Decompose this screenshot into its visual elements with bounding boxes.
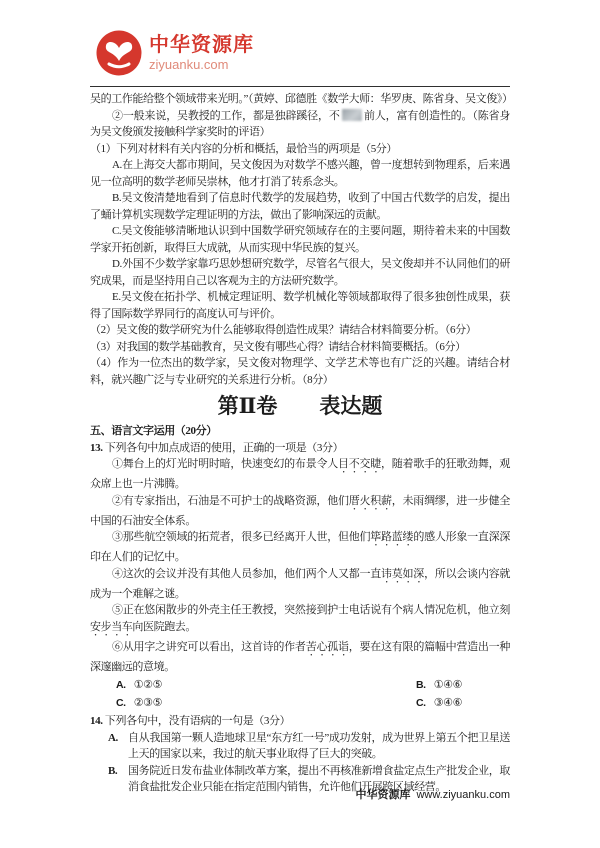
doc-line: A. 自从我国第一颗人造地球卫星“东方红一号”成功发射，成为世界上第五个把卫星送… [90,730,510,763]
emphasized-idiom: 讳莫如深 [381,568,424,580]
text-run: C.吴文俊能够清晰地认识到中国数学研究领域存在的主要问题，期待着未来的中国数学家… [90,225,510,254]
text-run: （4）作为一位杰出的数学家，吴文俊对物理学、文学艺术等也有广泛的兴趣。请结合材料… [90,357,510,386]
doc-line: ③那些航空领域的拓荒者，很多已经离开人世，但他们筚路蓝缕的感人形象一直深深印在人… [90,529,510,566]
doc-line: 五、语言文字运用（20分） [90,423,510,440]
text-run: B.吴文俊清楚地看到了信息时代数学的发展趋势，收到了中国古代数学的启发，提出了蛹… [90,192,510,221]
option-value: ①④⑥ [434,679,462,691]
doc-line: C.吴文俊能够清晰地认识到中国数学研究领域存在的主要问题，期待着未来的中国数学家… [90,223,510,256]
doc-line: 13. 下列各句中加点成语的使用，正确的一项是（3分） [90,440,510,457]
header-rule [90,86,510,87]
footer-brand: 中华资源库 [355,789,410,801]
document-body: 吴的工作能给整个领域带来光明。”（黄婷、邱德胜《数学大师：华罗庚、陈省身、吴文俊… [90,91,510,796]
blurred-word-image [342,109,362,121]
option-label: B. [416,679,426,691]
text-run: 下列各句中，没有语病的一句是（3分） [105,715,290,727]
text-run: 自从我国第一颗人造地球卫星“东方红一号”成功发射，成为世界上第五个把卫星送上天的… [128,732,510,761]
section-heading: 第Ⅱ卷 表达题 [90,391,510,421]
text-run: 下列各句中加点成语的使用，正确的一项是（3分） [105,442,343,454]
item-label: A. [108,730,118,747]
option-label: A. [116,679,126,691]
text-run: E.吴文俊在拓扑学、机械定理证明、数学机械化等领域都取得了很多独创性成果，获得了… [90,291,510,320]
footer-url: www.ziyuanku.com [416,789,510,801]
brand-domain: ziyuanku.com [149,58,254,71]
text-run: ②一般来说，吴教授的工作，都是独辟蹊径，不 [112,110,340,122]
emphasized-idiom: 安步当车 [90,621,132,633]
doc-line: ⑥从用字之讲究可以看出，这首诗的作者苦心孤诣，要在这有限的篇幅中营造出一种深邃幽… [90,639,510,676]
text-run: 第Ⅱ卷 表达题 [218,394,383,418]
text-run: ④这次的会议并没有其他人员参加，他们两个人又都一直 [112,568,381,580]
doc-line: E.吴文俊在拓扑学、机械定理证明、数学机械化等领域都取得了很多独创性成果，获得了… [90,289,510,322]
text-run: ⑥从用字之讲究可以看出，这首诗的作者 [112,641,306,653]
brand-name: 中华资源库 [149,35,254,55]
emphasized-idiom: 厝火积薪 [349,495,392,507]
doc-line: （2）吴文俊的数学研究为什么能够取得创造性成果？请结合材料简要分析。（6分） [90,322,510,339]
doc-line: A.在上海交大都市期间，吴文俊因为对数学不感兴趣，曾一度想转到物理系，后来遇见一… [90,157,510,190]
text-run: 吴的工作能给整个领域带来光明。”（黄婷、邱德胜《数学大师：华罗庚、陈省身、吴文俊… [90,93,513,105]
text-run: ⑤正在悠闲散步的外壳主任王教授，突然接到护士电话说有个病人情况危机，他立刻 [112,604,510,616]
doc-line: ⑤正在悠闲散步的外壳主任王教授，突然接到护士电话说有个病人情况危机，他立刻安步当… [90,602,510,639]
option-value: ②③⑤ [134,697,162,709]
text-run: ①舞台上的灯光时明时暗，快速变幻的布景令人 [112,458,338,470]
doc-line: B.吴文俊清楚地看到了信息时代数学的发展趋势，收到了中国古代数学的启发，提出了蛹… [90,190,510,223]
brand-logo: 中华资源库 ziyuanku.com [96,30,254,76]
option-label: C. [116,697,126,709]
text-run: D.外国不少数学家靠巧思妙想研究数学，尽管名气很大，吴文俊却并不认同他们的研究成… [90,258,510,287]
text-run: ③那些航空领域的拓荒者，很多已经离开人世，但他们 [112,531,370,543]
text-run: 向医院跑去。 [132,621,196,633]
option-item: B.①④⑥ [390,676,462,694]
emphasized-idiom: 筚路蓝缕 [370,531,413,543]
doc-line: （3）对我国的数学基础教育，吴文俊有哪些心得？请结合材料简要概括。（6分） [90,339,510,356]
text-run: （1）下列对材料有关内容的分析和概括，最恰当的两项是（5分） [90,143,397,155]
options-row: C.②③⑤C.③④⑥ [90,694,510,712]
doc-line: （4）作为一位杰出的数学家，吴文俊对物理学、文学艺术等也有广泛的兴趣。请结合材料… [90,355,510,388]
item-label: 13. [90,442,105,454]
doc-line: ②有专家指出，石油是不可护士的战略资源，他们厝火积薪，未雨绸缪，进一步健全中国的… [90,493,510,530]
options-grid: A.①②⑤B.①④⑥C.②③⑤C.③④⑥ [90,676,510,712]
doc-line: 吴的工作能给整个领域带来光明。”（黄婷、邱德胜《数学大师：华罗庚、陈省身、吴文俊… [90,91,510,108]
emphasized-idiom: 苦心孤诣 [306,641,349,653]
emphasized-idiom: 目不交睫 [338,458,381,470]
doc-line: 14. 下列各句中，没有语病的一句是（3分） [90,713,510,730]
item-label: B. [108,763,117,780]
document-page: 中华资源库 ziyuanku.com 吴的工作能给整个领域带来光明。”（黄婷、邱… [0,0,600,848]
doc-line: ④这次的会议并没有其他人员参加，他们两个人又都一直讳莫如深，所以会谈内容就成为一… [90,566,510,603]
option-label: C. [416,697,426,709]
options-row: A.①②⑤B.①④⑥ [90,676,510,694]
brand-text-block: 中华资源库 ziyuanku.com [149,35,254,71]
option-item: A.①②⑤ [90,676,390,694]
option-item: C.②③⑤ [90,694,390,712]
text-run: ②有专家指出，石油是不可护士的战略资源，他们 [112,495,349,507]
doc-line: D.外国不少数学家靠巧思妙想研究数学，尽管名气很大，吴文俊却并不认同他们的研究成… [90,256,510,289]
option-item: C.③④⑥ [390,694,462,712]
butterfly-icon [96,30,142,76]
doc-line: ②一般来说，吴教授的工作，都是独辟蹊径，不前人，富有创造性的。（陈省身为吴文俊颁… [90,108,510,141]
text-run: （3）对我国的数学基础教育，吴文俊有哪些心得？请结合材料简要概括。（6分） [90,341,466,353]
doc-line: （1）下列对材料有关内容的分析和概括，最恰当的两项是（5分） [90,141,510,158]
item-label: 14. [90,715,105,727]
page-footer: 中华资源库www.ziyuanku.com [355,786,510,802]
text-run: 五、语言文字运用（20分） [90,425,217,437]
doc-line: ①舞台上的灯光时明时暗，快速变幻的布景令人目不交睫，随着歌手的狂歌劲舞，观众席上… [90,456,510,493]
option-value: ③④⑥ [434,697,462,709]
option-value: ①②⑤ [134,679,162,691]
text-run: （2）吴文俊的数学研究为什么能够取得创造性成果？请结合材料简要分析。（6分） [90,324,476,336]
text-run: A.在上海交大都市期间，吴文俊因为对数学不感兴趣，曾一度想转到物理系，后来遇见一… [90,159,510,188]
